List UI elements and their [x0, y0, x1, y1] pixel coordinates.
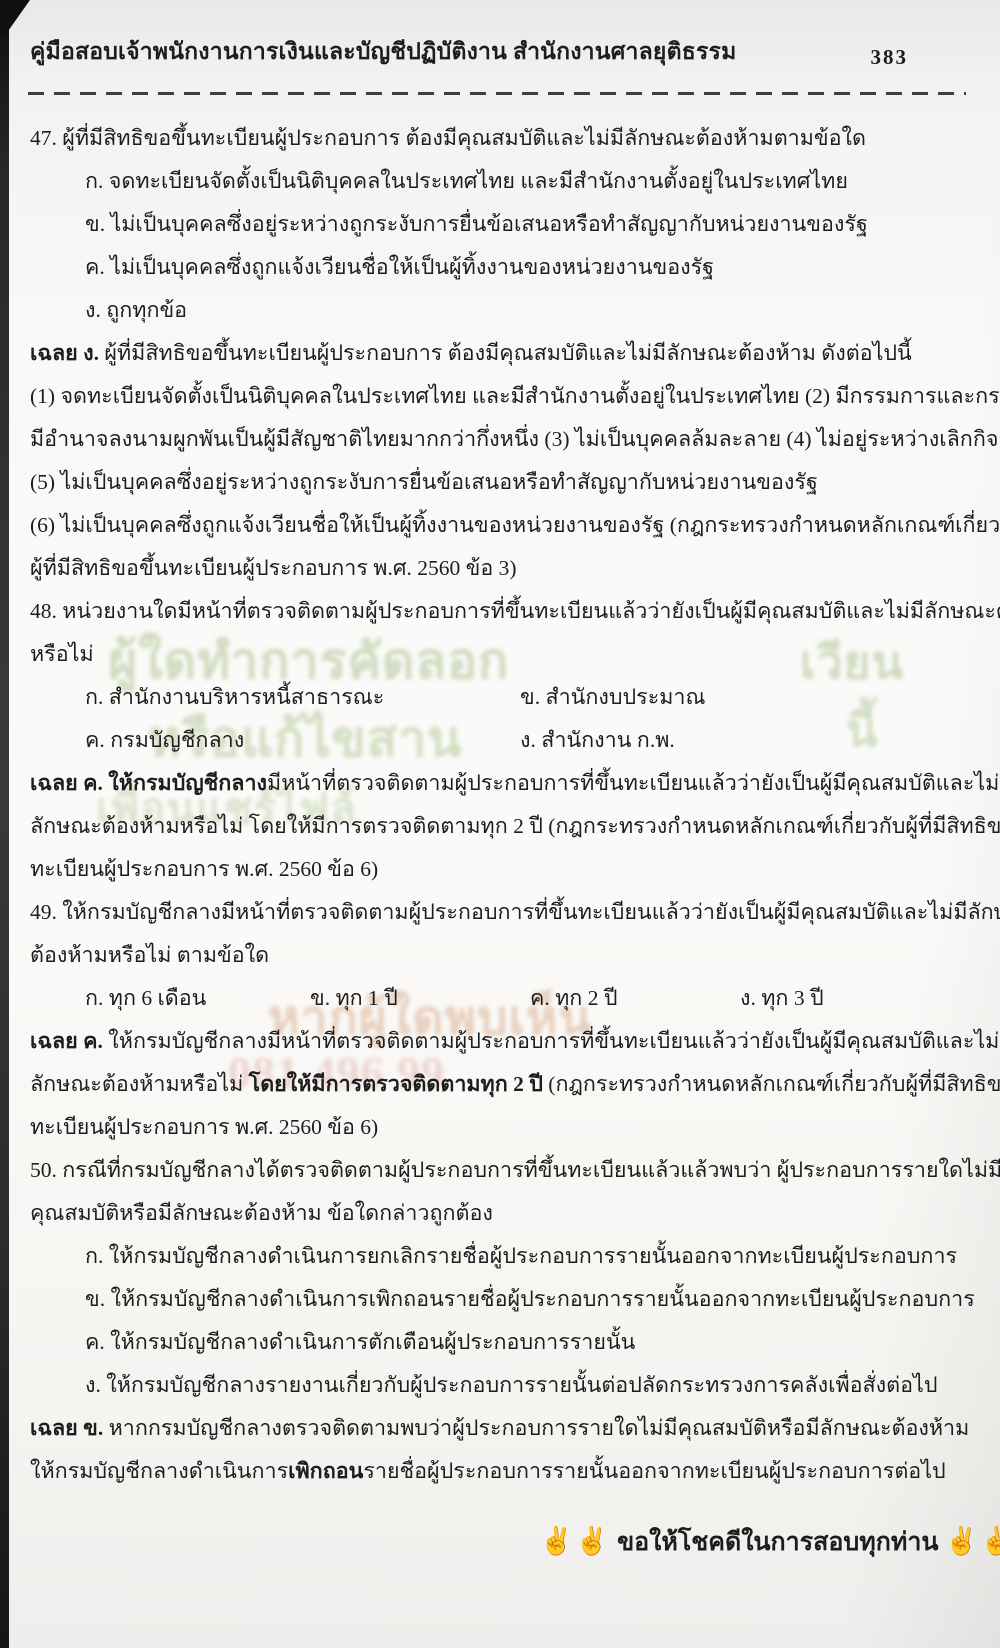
victory-hand-icon: ✌✌ [540, 1526, 611, 1556]
text: (1) จดทะเบียนจัดตั้งเป็นนิติบุคคลในประเท… [30, 384, 1000, 408]
choice: ก. ทุก 6 เดือน [85, 977, 310, 1020]
text-line: ก. จดทะเบียนจัดตั้งเป็นนิติบุคคลในประเทศ… [30, 160, 1000, 203]
text-line: เฉลย ข. หากกรมบัญชีกลางตรวจติดตามพบว่าผู… [30, 1407, 1000, 1450]
bold-text: เฉลย ค. [30, 771, 103, 795]
text-line: 48. หน่วยงานใดมีหน้าที่ตรวจติดตามผู้ประก… [30, 590, 1000, 633]
scanned-exam-page: ผู้ใดทำการคัดลอกเวียนหรือแก้ไขสานนี้เพื่… [0, 0, 1000, 1648]
text: (6) ไม่เป็นบุคคลซึ่งถูกแจ้งเวียนชื่อให้เ… [30, 513, 1000, 537]
good-luck-text: ขอให้โชคดีในการสอบทุกท่าน [617, 1529, 938, 1556]
text: รายชื่อผู้ประกอบการรายนั้นออกจากทะเบียนผ… [363, 1459, 945, 1483]
text: ให้กรมบัญชีกลางมีหน้าที่ตรวจติดตามผู้ประ… [103, 1029, 1000, 1053]
text-line: ข. ให้กรมบัญชีกลางดำเนินการเพิกถอนรายชื่… [30, 1278, 1000, 1321]
text: ผู้ที่มีสิทธิขอขึ้นทะเบียนผู้ประกอบการ ต… [99, 341, 912, 365]
text: 48. หน่วยงานใดมีหน้าที่ตรวจติดตามผู้ประก… [30, 599, 1000, 623]
page-header: คู่มือสอบเจ้าพนักงานการเงินและบัญชีปฏิบั… [0, 0, 1000, 70]
text-line: (5) ไม่เป็นบุคคลซึ่งอยู่ระหว่างถูกระงับก… [30, 461, 1000, 504]
choice: ค. กรมบัญชีกลาง [85, 719, 520, 762]
choice: ง. ทุก 3 ปี [740, 977, 824, 1020]
choice-row: ค. กรมบัญชีกลางง. สำนักงาน ก.พ. [30, 719, 1000, 762]
text-line: ลักษณะต้องห้ามหรือไม่ โดยให้มีการตรวจติด… [30, 805, 1000, 848]
text-line: ค. ให้กรมบัญชีกลางดำเนินการตักเตือนผู้ปร… [30, 1321, 1000, 1364]
text-line: ทะเบียนผู้ประกอบการ พ.ศ. 2560 ข้อ 6) [30, 848, 1000, 891]
text: ลักษณะต้องห้ามหรือไม่ [30, 1072, 249, 1096]
text: 47. ผู้ที่มีสิทธิขอขึ้นทะเบียนผู้ประกอบก… [30, 126, 866, 150]
text: ก. จดทะเบียนจัดตั้งเป็นนิติบุคคลในประเทศ… [85, 169, 848, 193]
text-line: (6) ไม่เป็นบุคคลซึ่งถูกแจ้งเวียนชื่อให้เ… [30, 504, 1000, 547]
text: ค. ไม่เป็นบุคคลซึ่งถูกแจ้งเวียนชื่อให้เป… [85, 255, 714, 279]
text-line: ง. ให้กรมบัญชีกลางรายงานเกี่ยวกับผู้ประก… [30, 1364, 1000, 1407]
text: หากกรมบัญชีกลางตรวจติดตามพบว่าผู้ประกอบก… [103, 1416, 969, 1440]
text: ทะเบียนผู้ประกอบการ พ.ศ. 2560 ข้อ 6) [30, 1115, 378, 1139]
choice: ค. ทุก 2 ปี [530, 977, 740, 1020]
text: (5) ไม่เป็นบุคคลซึ่งอยู่ระหว่างถูกระงับก… [30, 470, 818, 494]
text: ผู้ที่มีสิทธิขอขึ้นทะเบียนผู้ประกอบการ พ… [30, 556, 517, 580]
text-line: ค. ไม่เป็นบุคคลซึ่งถูกแจ้งเวียนชื่อให้เป… [30, 246, 1000, 289]
text: ง. ถูกทุกข้อ [85, 298, 187, 322]
victory-hand-icon: ✌✌ [945, 1526, 1000, 1556]
text-line: ง. ถูกทุกข้อ [30, 289, 1000, 332]
choice: ก. สำนักงานบริหารหนี้สาธารณะ [85, 676, 520, 719]
text-line: เฉลย ค. ให้กรมบัญชีกลางมีหน้าที่ตรวจติดต… [30, 762, 1000, 805]
bold-text: โดยให้มีการตรวจติดตามทุก 2 ปี [249, 1072, 543, 1096]
text: 50. กรณีที่กรมบัญชีกลางได้ตรวจติดตามผู้ป… [30, 1158, 1000, 1182]
text: ต้องห้ามหรือไม่ ตามข้อใด [30, 943, 269, 967]
text: 49. ให้กรมบัญชีกลางมีหน้าที่ตรวจติดตามผู… [30, 900, 1000, 924]
text-line: ให้กรมบัญชีกลางดำเนินการเพิกถอนรายชื่อผู… [30, 1450, 1000, 1493]
text-line: ก. ให้กรมบัญชีกลางดำเนินการยกเลิกรายชื่อ… [30, 1235, 1000, 1278]
choice: ข. สำนักงบประมาณ [520, 676, 705, 719]
text-line: 50. กรณีที่กรมบัญชีกลางได้ตรวจติดตามผู้ป… [30, 1149, 1000, 1192]
page-body: 47. ผู้ที่มีสิทธิขอขึ้นทะเบียนผู้ประกอบก… [0, 95, 1000, 1493]
text: ค. ให้กรมบัญชีกลางดำเนินการตักเตือนผู้ปร… [85, 1330, 635, 1354]
text: คุณสมบัติหรือมีลักษณะต้องห้าม ข้อใดกล่าว… [30, 1201, 493, 1225]
book-binding-shadow [0, 0, 9, 1648]
text-line: ลักษณะต้องห้ามหรือไม่ โดยให้มีการตรวจติด… [30, 1063, 1000, 1106]
text-line: 47. ผู้ที่มีสิทธิขอขึ้นทะเบียนผู้ประกอบก… [30, 117, 1000, 160]
text: ทะเบียนผู้ประกอบการ พ.ศ. 2560 ข้อ 6) [30, 857, 378, 881]
text-line: ทะเบียนผู้ประกอบการ พ.ศ. 2560 ข้อ 6) [30, 1106, 1000, 1149]
text-line: 49. ให้กรมบัญชีกลางมีหน้าที่ตรวจติดตามผู… [30, 891, 1000, 934]
book-title: คู่มือสอบเจ้าพนักงานการเงินและบัญชีปฏิบั… [30, 34, 736, 70]
text: ข. ให้กรมบัญชีกลางดำเนินการเพิกถอนรายชื่… [85, 1287, 975, 1311]
bold-text: เฉลย ข. [30, 1416, 103, 1440]
good-luck-line: ✌✌ ขอให้โชคดีในการสอบทุกท่าน ✌✌ [540, 1522, 1000, 1562]
text-line: หรือไม่ [30, 633, 1000, 676]
text: หรือไม่ [30, 642, 94, 666]
text-line: ผู้ที่มีสิทธิขอขึ้นทะเบียนผู้ประกอบการ พ… [30, 547, 1000, 590]
text: มีอำนาจลงนามผูกพันเป็นผู้มีสัญชาติไทยมาก… [30, 427, 1000, 451]
text-line: เฉลย ง. ผู้ที่มีสิทธิขอขึ้นทะเบียนผู้ประ… [30, 332, 1000, 375]
text: ให้กรมบัญชีกลางดำเนินการ [30, 1459, 288, 1483]
text-line: ข. ไม่เป็นบุคคลซึ่งอยู่ระหว่างถูกระงับกา… [30, 203, 1000, 246]
text-line: ต้องห้ามหรือไม่ ตามข้อใด [30, 934, 1000, 977]
text: ง. ให้กรมบัญชีกลางรายงานเกี่ยวกับผู้ประก… [85, 1373, 937, 1397]
bold-text: เพิกถอน [288, 1459, 363, 1483]
text: ก. ให้กรมบัญชีกลางดำเนินการยกเลิกรายชื่อ… [85, 1244, 957, 1268]
bold-text: เฉลย ง. [30, 341, 99, 365]
bold-text: ให้กรมบัญชีกลาง [108, 771, 267, 795]
choice-row: ก. ทุก 6 เดือนข. ทุก 1 ปีค. ทุก 2 ปีง. ท… [30, 977, 1000, 1020]
text: ลักษณะต้องห้ามหรือไม่ โดยให้มีการตรวจติด… [30, 814, 1000, 838]
text-line: (1) จดทะเบียนจัดตั้งเป็นนิติบุคคลในประเท… [30, 375, 1000, 418]
choice: ง. สำนักงาน ก.พ. [520, 719, 675, 762]
text: มีหน้าที่ตรวจติดตามผู้ประกอบการที่ขึ้นทะ… [267, 771, 1000, 795]
bold-text: เฉลย ค. [30, 1029, 103, 1053]
choice: ข. ทุก 1 ปี [310, 977, 530, 1020]
text-line: มีอำนาจลงนามผูกพันเป็นผู้มีสัญชาติไทยมาก… [30, 418, 1000, 461]
text-line: คุณสมบัติหรือมีลักษณะต้องห้าม ข้อใดกล่าว… [30, 1192, 1000, 1235]
page-number: 383 [871, 45, 909, 70]
text: ข. ไม่เป็นบุคคลซึ่งอยู่ระหว่างถูกระงับกา… [85, 212, 868, 236]
choice-row: ก. สำนักงานบริหารหนี้สาธารณะข. สำนักงบปร… [30, 676, 1000, 719]
text: (กฎกระทรวงกำหนดหลักเกณฑ์เกี่ยวกับผู้ที่ม… [543, 1072, 1000, 1096]
text-line: เฉลย ค. ให้กรมบัญชีกลางมีหน้าที่ตรวจติดต… [30, 1020, 1000, 1063]
